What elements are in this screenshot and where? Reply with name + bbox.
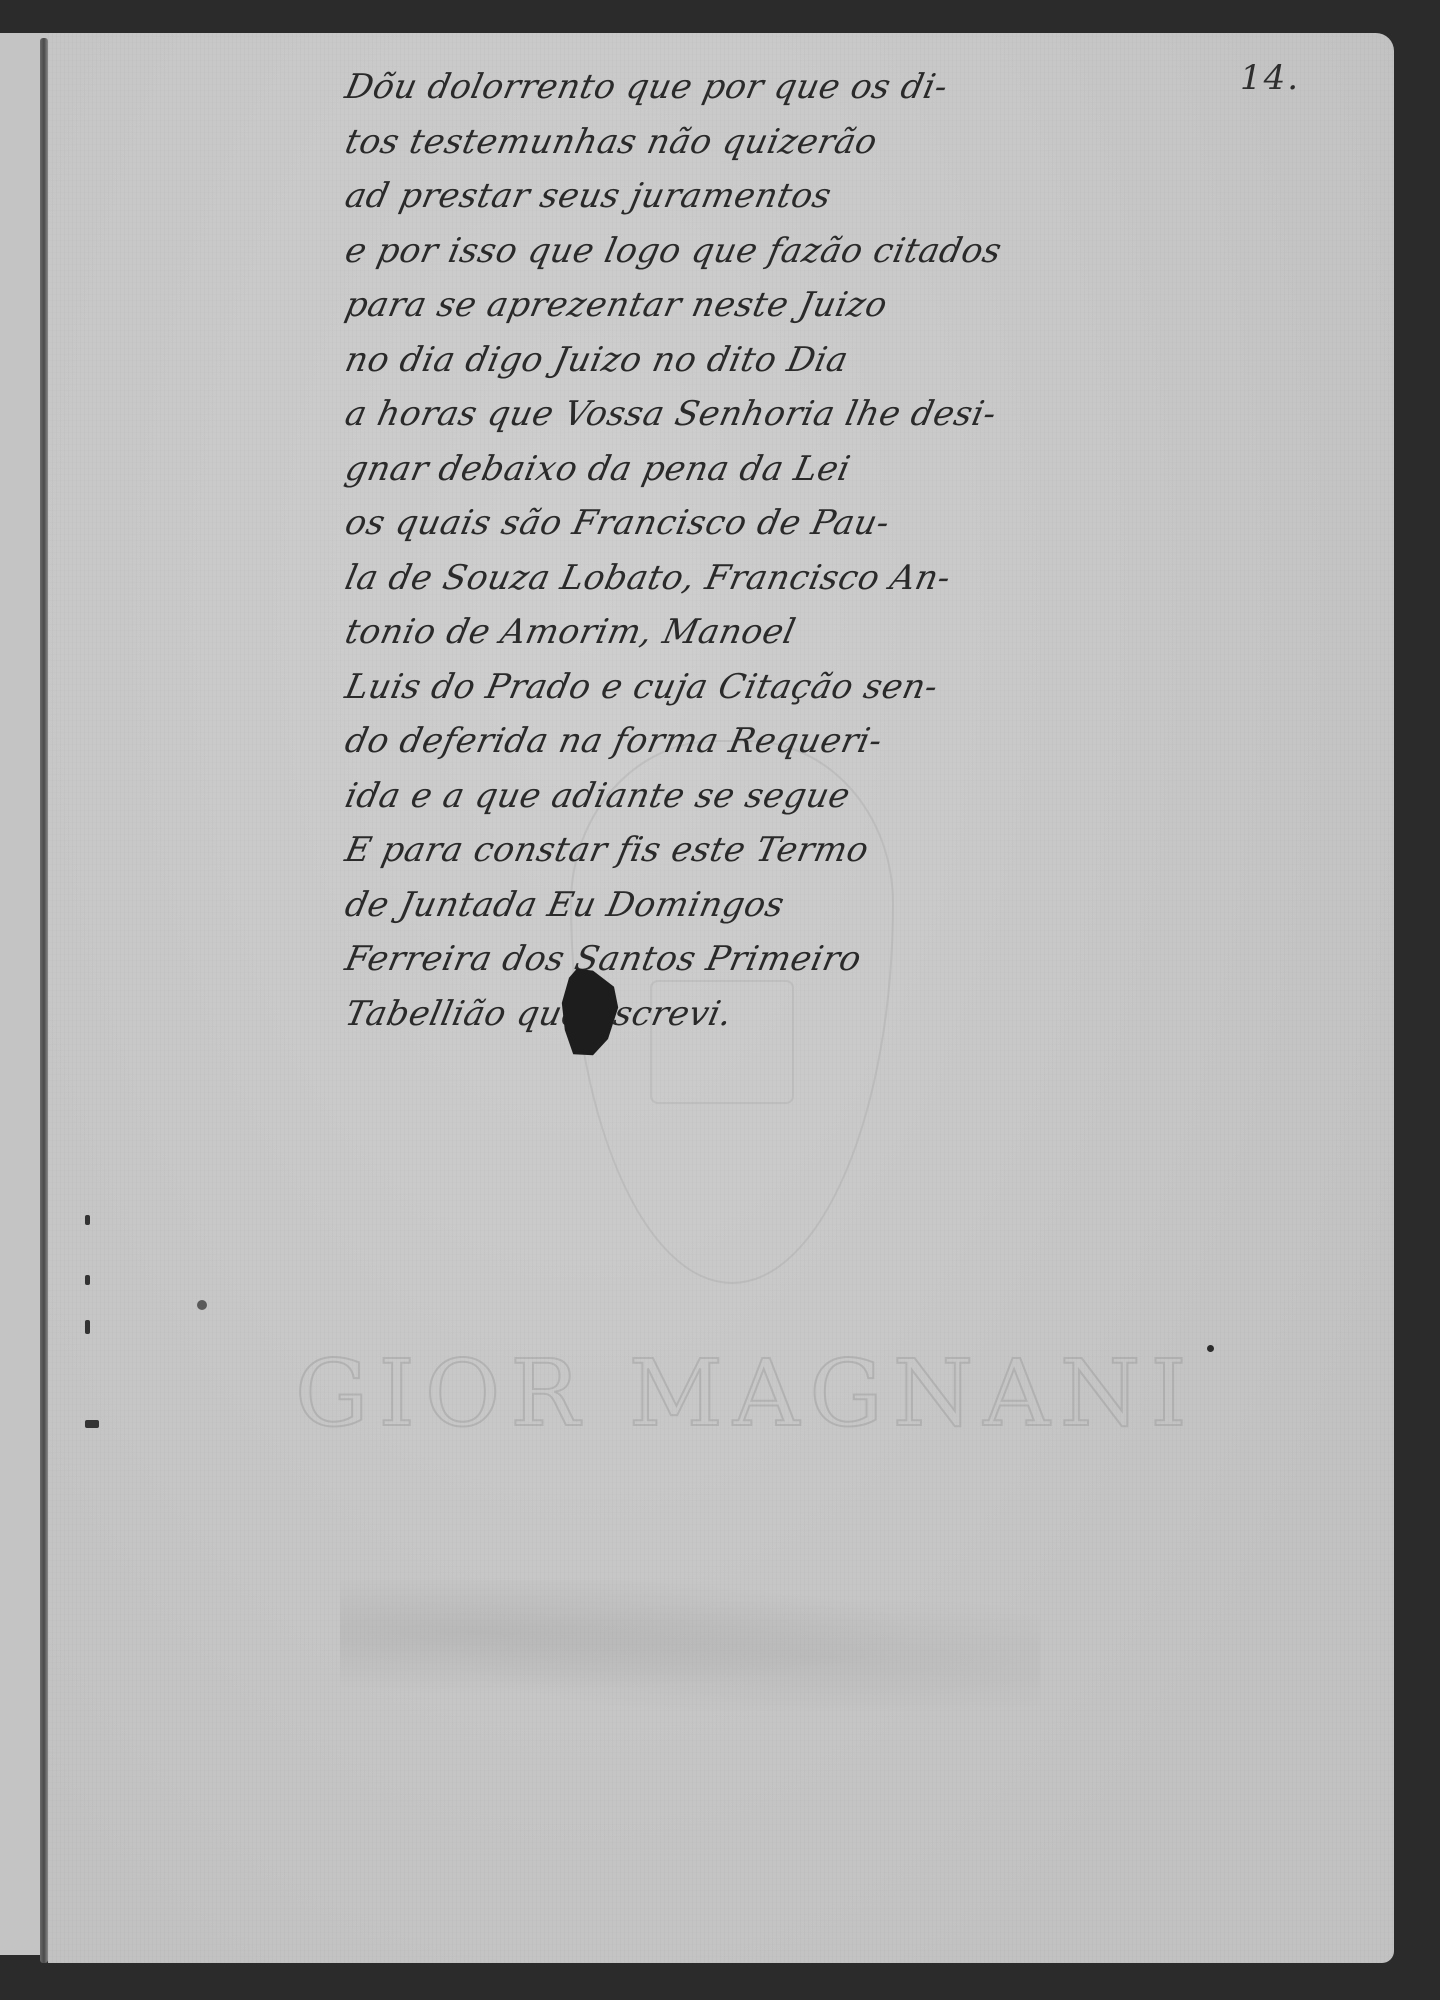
handwritten-text-block: Dõu dolorrento que por que os di- tos te… (340, 60, 1120, 1041)
binding-thread-marks (85, 1215, 95, 1435)
text-line: tos testemunhas não quizerão (340, 115, 1132, 170)
text-line: gnar debaixo da pena da Lei (340, 442, 1132, 497)
text-line: do deferida na forma Requeri- (340, 714, 1132, 769)
text-line: ida e a que adiante se segue (340, 769, 1132, 824)
text-line: Tabellião que escrevi. (340, 987, 1132, 1042)
ink-dot (1207, 1345, 1214, 1352)
paper-stain (340, 1580, 1040, 1710)
text-line: Luis do Prado e cuja Citação sen- (340, 660, 1132, 715)
text-line: ad prestar seus juramentos (340, 169, 1132, 224)
text-line: Ferreira dos Santos Primeiro (340, 932, 1132, 987)
text-line: tonio de Amorim, Manoel (340, 605, 1132, 660)
ink-dot (197, 1300, 207, 1310)
text-line: de Juntada Eu Domingos (340, 878, 1132, 933)
text-line: para se aprezentar neste Juizo (340, 278, 1132, 333)
text-line: no dia digo Juizo no dito Dia (340, 333, 1132, 388)
watermark-text: GIOR MAGNANI (295, 1340, 1197, 1447)
text-line: e por isso que logo que fazão citados (340, 224, 1132, 279)
text-line: os quais são Francisco de Pau- (340, 496, 1132, 551)
scanned-document: GIOR MAGNANI 14. Dõu dolorrento que por … (0, 0, 1440, 2000)
text-line: a horas que Vossa Senhoria lhe desi- (340, 387, 1132, 442)
binding-gutter (40, 38, 48, 1963)
text-line: la de Souza Lobato, Francisco An- (340, 551, 1132, 606)
text-line: Dõu dolorrento que por que os di- (340, 60, 1132, 115)
folio-number: 14. (1240, 58, 1300, 98)
text-line: E para constar fis este Termo (340, 823, 1132, 878)
